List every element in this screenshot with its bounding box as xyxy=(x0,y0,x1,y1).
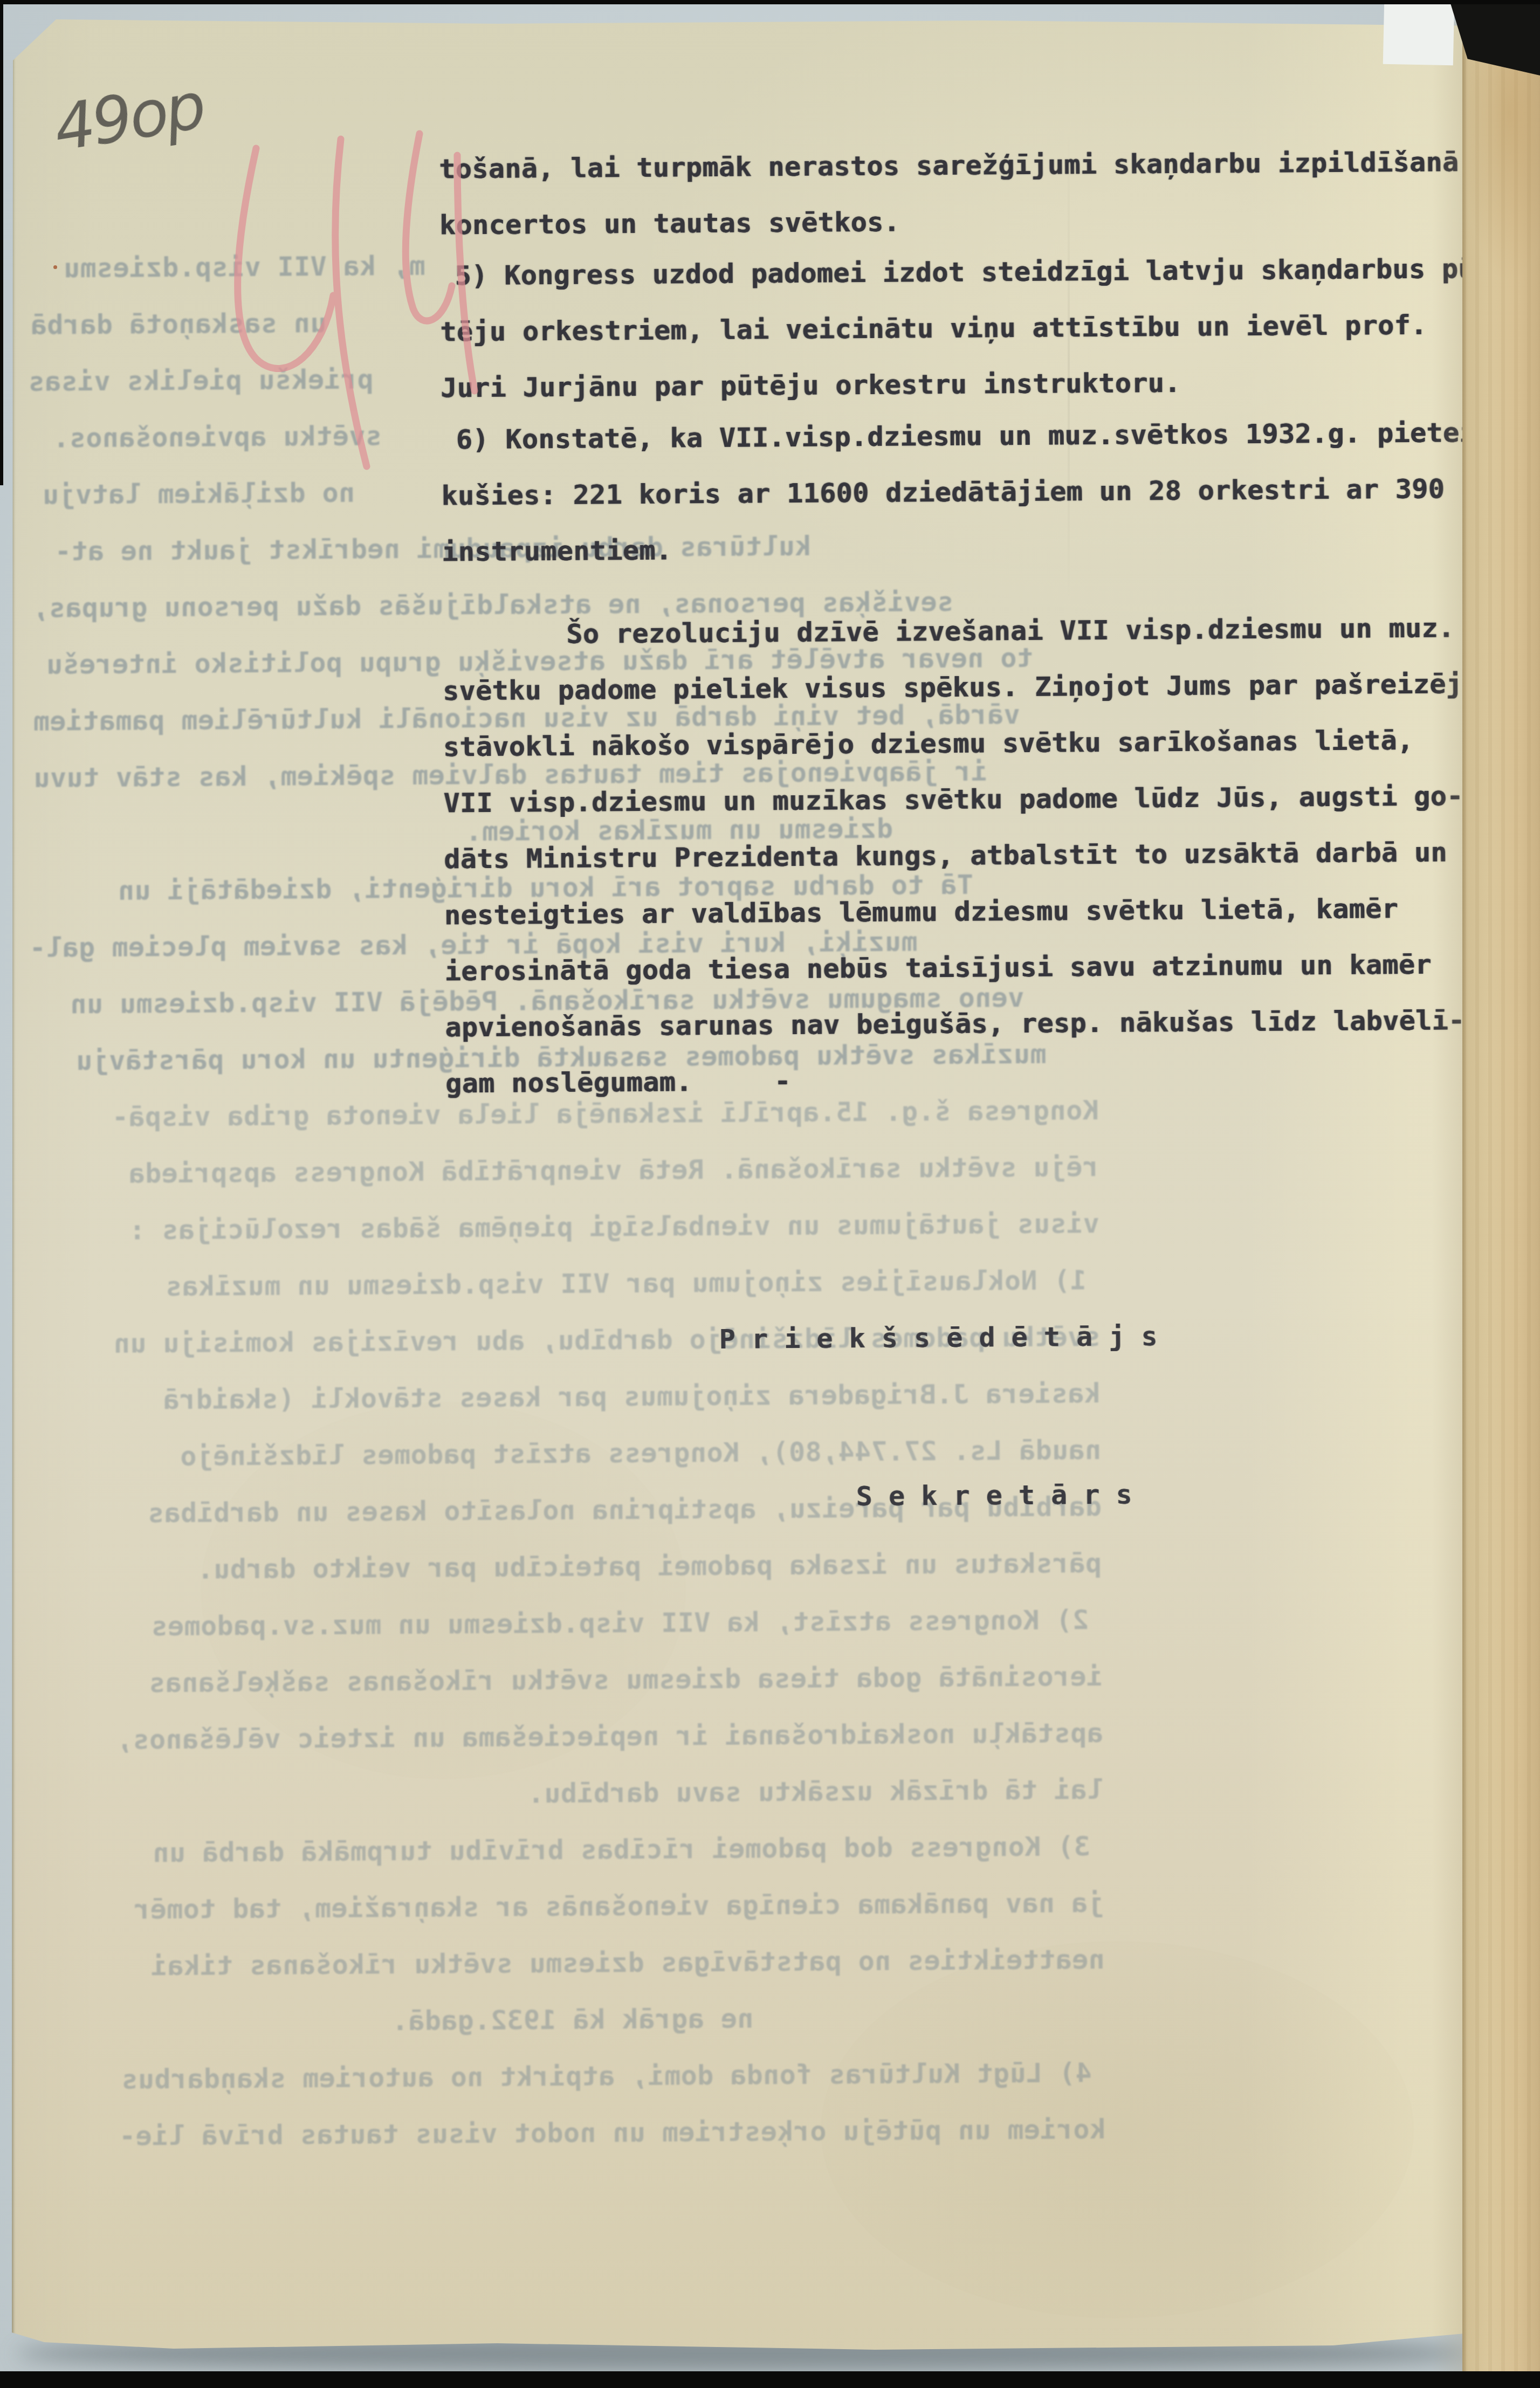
bleedthrough-line: ierosinātā goda tiesa dziesmu svētku rīk… xyxy=(149,1663,1103,1696)
signature-secretary-title: S e k r e t ā r s xyxy=(856,1481,1132,1510)
typed-line: dāts Ministru Prezidenta kungs, atbalstī… xyxy=(444,839,1447,873)
typed-line: VII visp.dziesmu un muzīkas svētku padom… xyxy=(443,782,1463,816)
typed-line: gam noslēgumam. - xyxy=(445,1068,791,1097)
bleedthrough-line: naudā Ls. 27.744,80), Kongress atzīst pa… xyxy=(180,1436,1101,1470)
bleedthrough-line: apstākļu noskaidrošanai ir nepieciešama … xyxy=(116,1719,1103,1753)
bleedthrough-line: 4) Lūgt Kultūras fonda domi, atpirkt no … xyxy=(121,2059,1092,2093)
typed-line: 6) Konstatē, ka VII.visp.dziesmu un muz.… xyxy=(456,419,1493,453)
scanned-document-page: m, ka VII visp.dziesmuun saskaņotā darbā… xyxy=(0,0,1540,2388)
bleedthrough-line: ja nav panākama cienīga vienošanās ar sk… xyxy=(134,1889,1104,1923)
bleedthrough-line: rēju svētku sarīkošanā. Retā vienprātībā… xyxy=(129,1153,1099,1187)
typed-line: Šo rezoluciju dzīvē izvešanai VII visp.d… xyxy=(566,614,1454,647)
red-pencil-mark xyxy=(205,108,485,507)
bleedthrough-line: 1) Noklausījies ziņojumu par VII visp.dz… xyxy=(166,1267,1087,1300)
bleedthrough-line: ne agrāk kā 1932.gadā. xyxy=(391,2005,753,2035)
typed-line: tošanā, lai turpmāk nerastos sarežģījumi… xyxy=(439,148,1459,182)
typed-line: 5) Kongress uzdod padomei izdot steidzīg… xyxy=(455,255,1491,289)
bleedthrough-line: koriem un pūtēju orķestriem un nodot vis… xyxy=(119,2116,1106,2150)
typed-line: instrumentiem. xyxy=(442,537,672,566)
typed-line: nesteigties ar valdības lēmumu dziesmu s… xyxy=(444,895,1398,928)
binding-strip xyxy=(1462,18,1540,2376)
typed-line: ierosinātā goda tiesa nebūs taisījusi sa… xyxy=(445,951,1432,985)
typed-line: koncertos un tautas svētkos. xyxy=(439,209,900,239)
typed-line: apvienošanās sarunas nav beigušās, resp.… xyxy=(445,1007,1465,1041)
bleedthrough-line: 2) Kongress atzīst, ka VII visp.dziesmu … xyxy=(151,1606,1089,1640)
scan-frame-top xyxy=(0,0,1540,4)
binding-overlap-band xyxy=(1432,22,1465,2372)
adjacent-page-sliver xyxy=(1383,0,1454,65)
bleedthrough-line: 3) Kongress dod padomei rīcības brīvību … xyxy=(153,1833,1090,1866)
bleedthrough-line: visus jautājumus un vienbalsīgi pieņēma … xyxy=(129,1210,1099,1244)
typed-line: stāvokli nākošo vispārējo dziesmu svētku… xyxy=(443,727,1414,761)
bleedthrough-line: neatteikties no patstāvīgas dziesmu svēt… xyxy=(150,1946,1104,1979)
typed-line: kušies: 221 koris ar 11600 dziedātājiem … xyxy=(441,476,1445,510)
bleedthrough-line: Kongresa š.g. 15.aprīlī izskanēja liela … xyxy=(112,1097,1098,1131)
bleedthrough-line: kultūras darbu izpaudumi nedrīkst jaukt … xyxy=(54,533,811,565)
typed-line: svētku padome pieliek visus spēkus. Ziņo… xyxy=(443,670,1479,704)
scan-frame-left xyxy=(0,0,3,485)
scan-frame-bottom xyxy=(0,2371,1540,2388)
typed-line: Juri Jurjānu par pūtēju orkestru instruk… xyxy=(441,369,1181,402)
typed-line: tēju orkestriem, lai veicinātu viņu attī… xyxy=(440,312,1427,346)
signature-chairman-title: P r i e k š s ē d ē t ā j s xyxy=(719,1323,1157,1353)
bleedthrough-line: lai tā drīzāk uzsāktu savu darbību. xyxy=(528,1776,1104,1807)
bleedthrough-line: pārskatus un izsaka padomei pateicību pa… xyxy=(197,1550,1102,1583)
bleedthrough-line: kasiera J.Brigadera ziņojumus par kases … xyxy=(163,1380,1101,1413)
